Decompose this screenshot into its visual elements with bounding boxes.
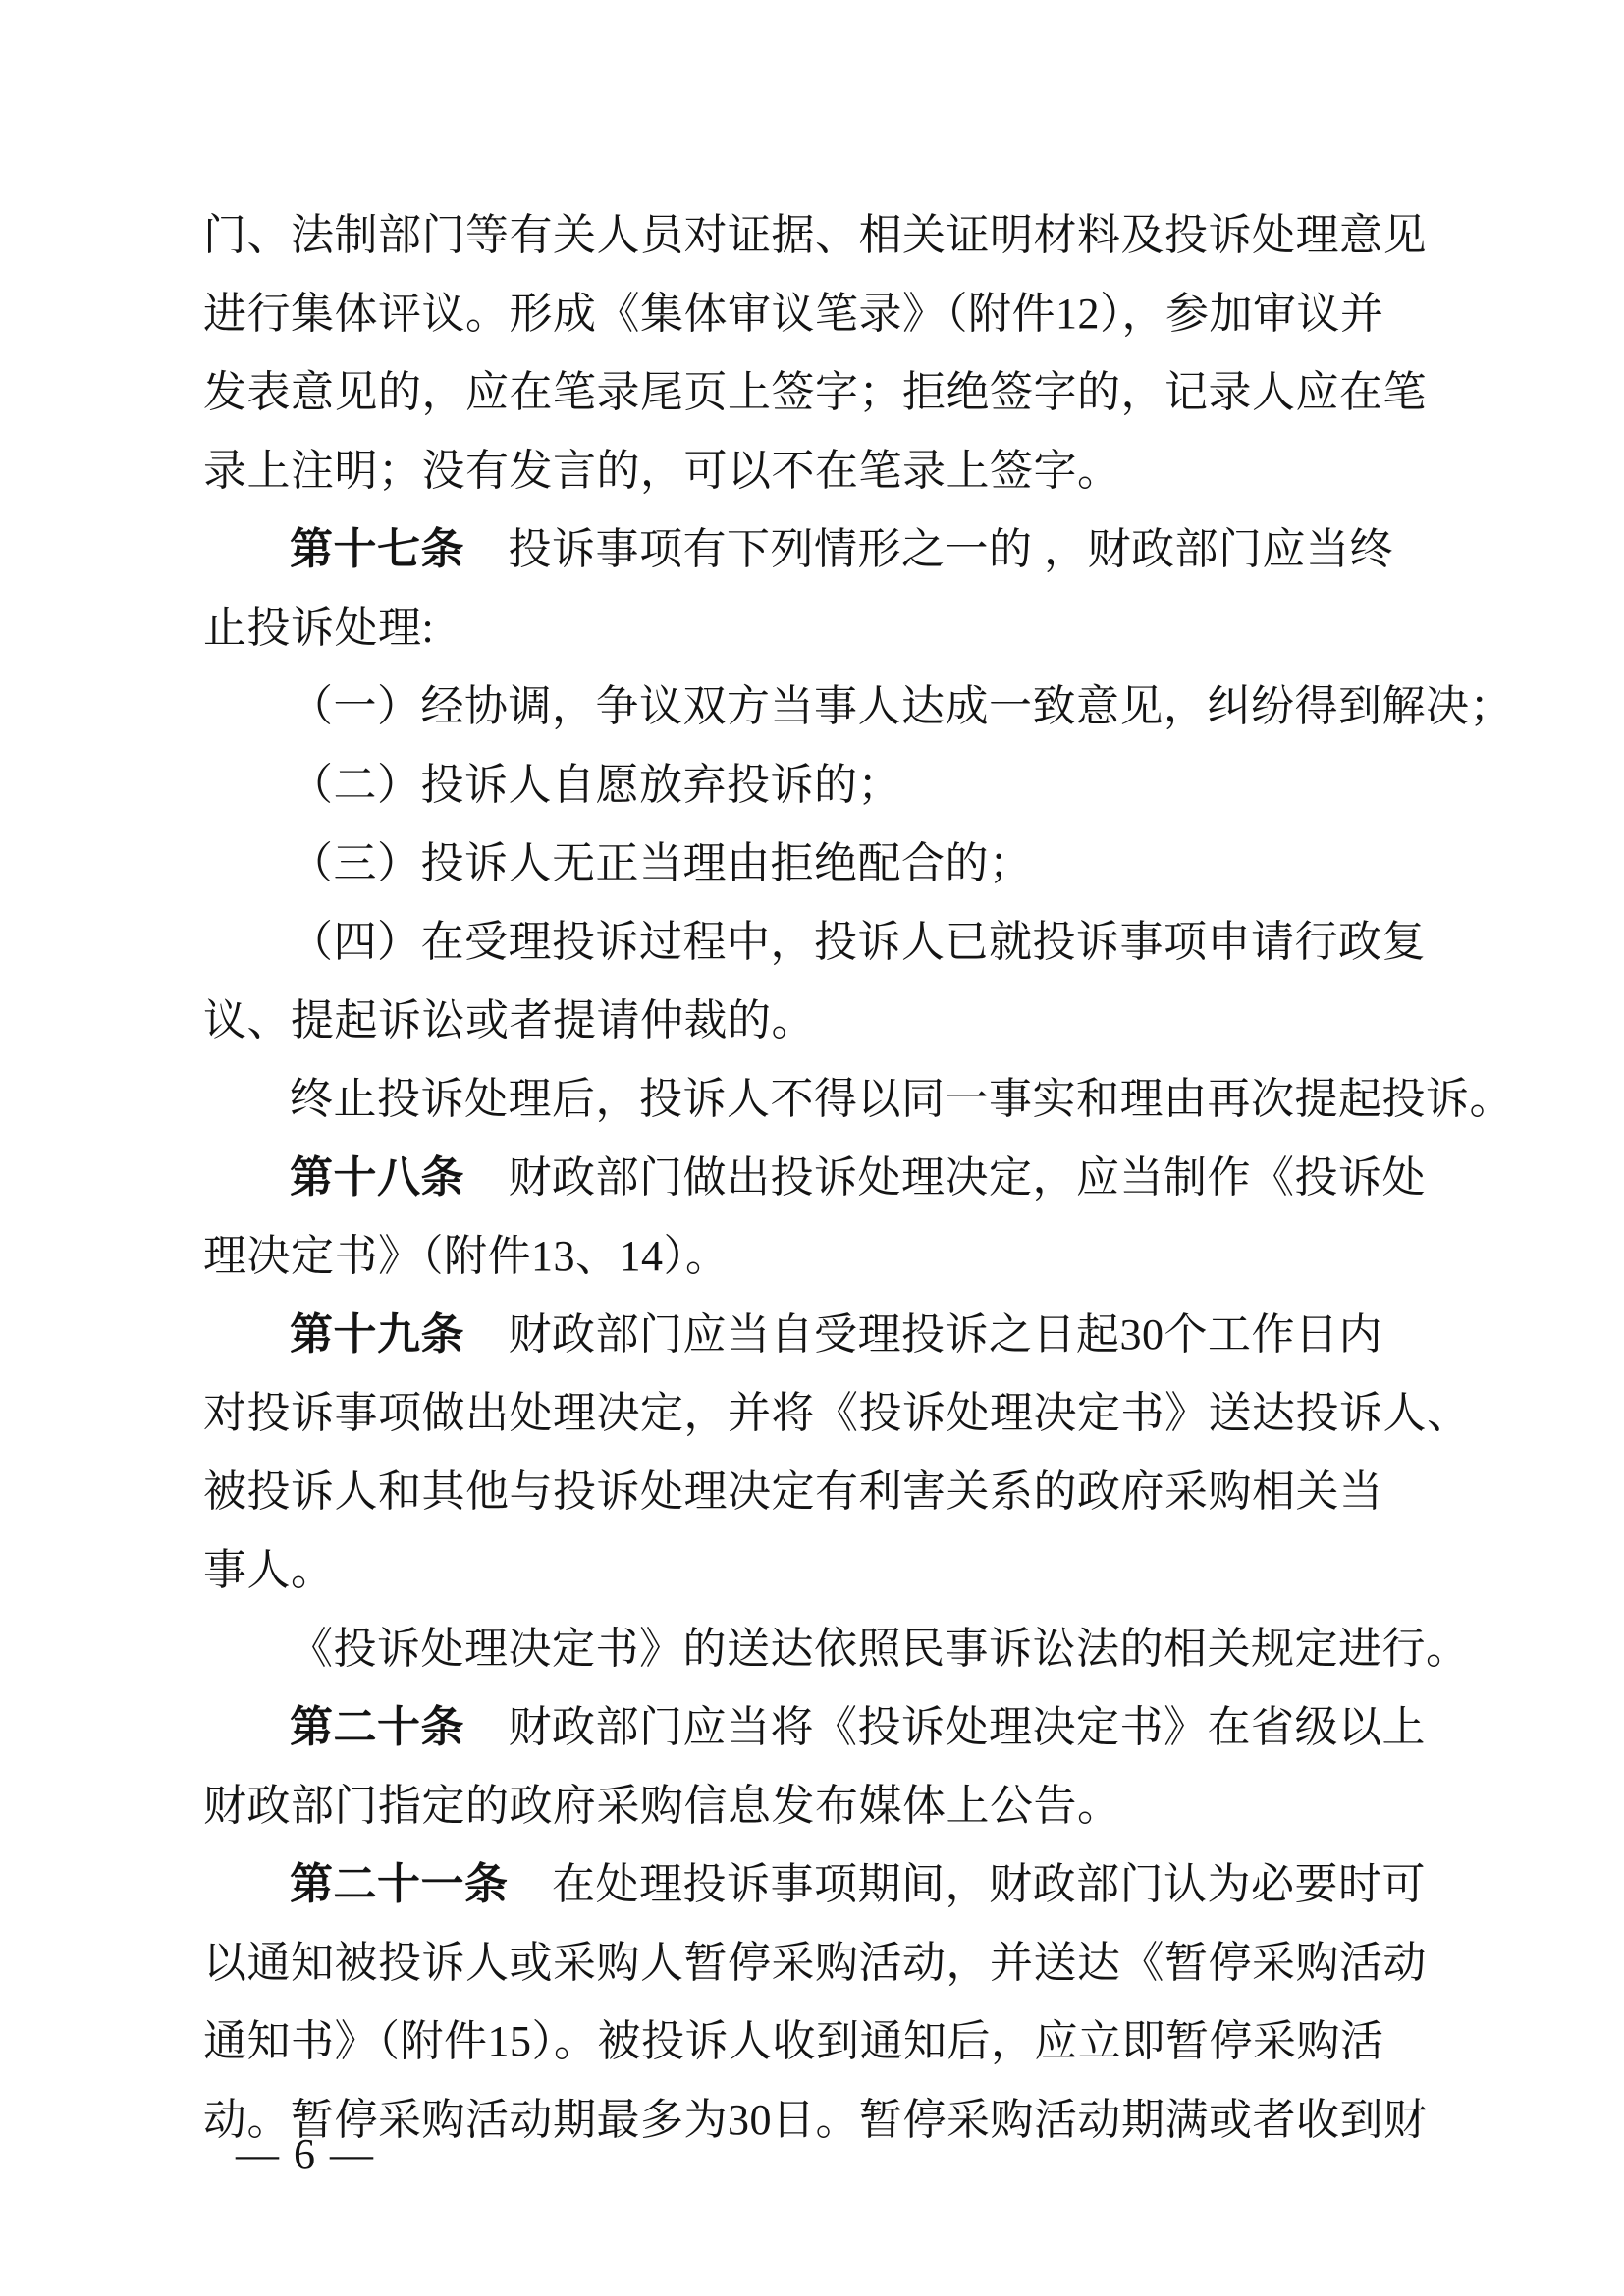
- text-line: 发表意见的，应在笔录尾页上签字；拒绝签字的，记录人应在笔: [203, 353, 1480, 432]
- text-run: 事人。: [203, 1546, 335, 1594]
- text-run: 对投诉事项做出处理决定，并将《投诉处理决定书》送达投诉人、: [203, 1389, 1471, 1437]
- text-run: （二）投诉人自愿放弃投诉的；: [290, 761, 901, 809]
- text-line: 录上注明；没有发言的，可以不在笔录上签字。: [203, 432, 1480, 510]
- page-number: — 6 —: [236, 2120, 375, 2189]
- text-line: 对投诉事项做出处理决定，并将《投诉处理决定书》送达投诉人、: [203, 1374, 1480, 1453]
- article-heading: 第二十条: [290, 1703, 464, 1751]
- text-run: 财政部门指定的政府采购信息发布媒体上公告。: [203, 1782, 1121, 1830]
- article-heading: 第十七条: [290, 525, 464, 573]
- text-run: 发表意见的，应在笔录尾页上签字；拒绝签字的，记录人应在笔: [203, 368, 1427, 416]
- text-line: 止投诉处理:: [203, 589, 1480, 667]
- text-line: 终止投诉处理后，投诉人不得以同一事实和理由再次提起投诉。: [203, 1060, 1480, 1139]
- text-line: 第二十条 财政部门应当将《投诉处理决定书》在省级以上: [203, 1688, 1480, 1767]
- text-line: 第二十一条 在处理投诉事项期间，财政部门认为必要时可: [203, 1845, 1480, 1924]
- text-line: 第十七条 投诉事项有下列情形之一的 ，财政部门应当终: [203, 510, 1480, 589]
- text-run: 投诉事项有下列情形之一的 ，财政部门应当终: [464, 525, 1393, 573]
- text-run: 动。暂停采购活动期最多为30日。暂停采购活动期满或者收到财: [203, 2096, 1428, 2144]
- text-line: 《投诉处理决定书》的送达依照民事诉讼法的相关规定进行。: [203, 1610, 1480, 1688]
- text-line: （二）投诉人自愿放弃投诉的；: [203, 746, 1480, 825]
- text-line: 理决定书》（附件13、14）。: [203, 1217, 1480, 1296]
- text-line: （四）在受理投诉过程中，投诉人已就投诉事项申请行政复: [203, 903, 1480, 982]
- text-run: （三）投诉人无正当理由拒绝配合的；: [290, 839, 1033, 887]
- text-line: （三）投诉人无正当理由拒绝配合的；: [203, 825, 1480, 903]
- text-run: 门、法制部门等有关人员对证据、相关证明材料及投诉处理意见: [203, 211, 1427, 259]
- text-line: 动。暂停采购活动期最多为30日。暂停采购活动期满或者收到财: [203, 2081, 1480, 2160]
- text-run: 以通知被投诉人或采购人暂停采购活动，并送达《暂停采购活动: [203, 1939, 1427, 1987]
- text-run: 财政部门做出投诉处理决定，应当制作《投诉处: [464, 1153, 1426, 1201]
- text-run: 在处理投诉事项期间，财政部门认为必要时可: [509, 1860, 1427, 1908]
- article-heading: 第十八条: [290, 1153, 464, 1201]
- text-line: 第十八条 财政部门做出投诉处理决定，应当制作《投诉处: [203, 1139, 1480, 1217]
- text-line: 被投诉人和其他与投诉处理决定有利害关系的政府采购相关当: [203, 1453, 1480, 1531]
- text-run: 录上注明；没有发言的，可以不在笔录上签字。: [203, 447, 1121, 495]
- text-run: 通知书》（附件15）。被投诉人收到通知后，应立即暂停采购活: [203, 2017, 1384, 2065]
- text-run: 议、提起诉讼或者提请仲裁的。: [203, 996, 815, 1044]
- text-line: 第十九条 财政部门应当自受理投诉之日起30个工作日内: [203, 1296, 1480, 1374]
- text-run: 财政部门应当自受理投诉之日起30个工作日内: [464, 1310, 1382, 1359]
- text-line: 议、提起诉讼或者提请仲裁的。: [203, 982, 1480, 1060]
- text-line: 财政部门指定的政府采购信息发布媒体上公告。: [203, 1767, 1480, 1845]
- article-heading: 第十九条: [290, 1310, 464, 1359]
- text-run: 财政部门应当将《投诉处理决定书》在省级以上: [464, 1703, 1426, 1751]
- article-heading: 第二十一条: [290, 1860, 509, 1908]
- text-line: 事人。: [203, 1531, 1480, 1610]
- text-run: （四）在受理投诉过程中，投诉人已就投诉事项申请行政复: [290, 918, 1426, 966]
- text-run: 理决定书》（附件13、14）。: [203, 1232, 730, 1280]
- text-line: 进行集体评议。形成《集体审议笔录》（附件12），参加审议并: [203, 275, 1480, 353]
- text-run: 终止投诉处理后，投诉人不得以同一事实和理由再次提起投诉。: [290, 1075, 1513, 1123]
- text-line: 以通知被投诉人或采购人暂停采购活动，并送达《暂停采购活动: [203, 1924, 1480, 2002]
- text-line: （一）经协调，争议双方当事人达成一致意见，纠纷得到解决；: [203, 667, 1480, 746]
- text-run: （一）经协调，争议双方当事人达成一致意见，纠纷得到解决；: [290, 682, 1513, 730]
- text-run: 进行集体评议。形成《集体审议笔录》（附件12），参加审议并: [203, 290, 1384, 338]
- text-line: 通知书》（附件15）。被投诉人收到通知后，应立即暂停采购活: [203, 2002, 1480, 2081]
- text-run: 被投诉人和其他与投诉处理决定有利害关系的政府采购相关当: [203, 1468, 1383, 1516]
- document-body: 门、法制部门等有关人员对证据、相关证明材料及投诉处理意见进行集体评议。形成《集体…: [203, 196, 1480, 2160]
- text-run: 止投诉处理:: [203, 604, 434, 652]
- text-line: 门、法制部门等有关人员对证据、相关证明材料及投诉处理意见: [203, 196, 1480, 275]
- text-run: 《投诉处理决定书》的送达依照民事诉讼法的相关规定进行。: [290, 1625, 1470, 1673]
